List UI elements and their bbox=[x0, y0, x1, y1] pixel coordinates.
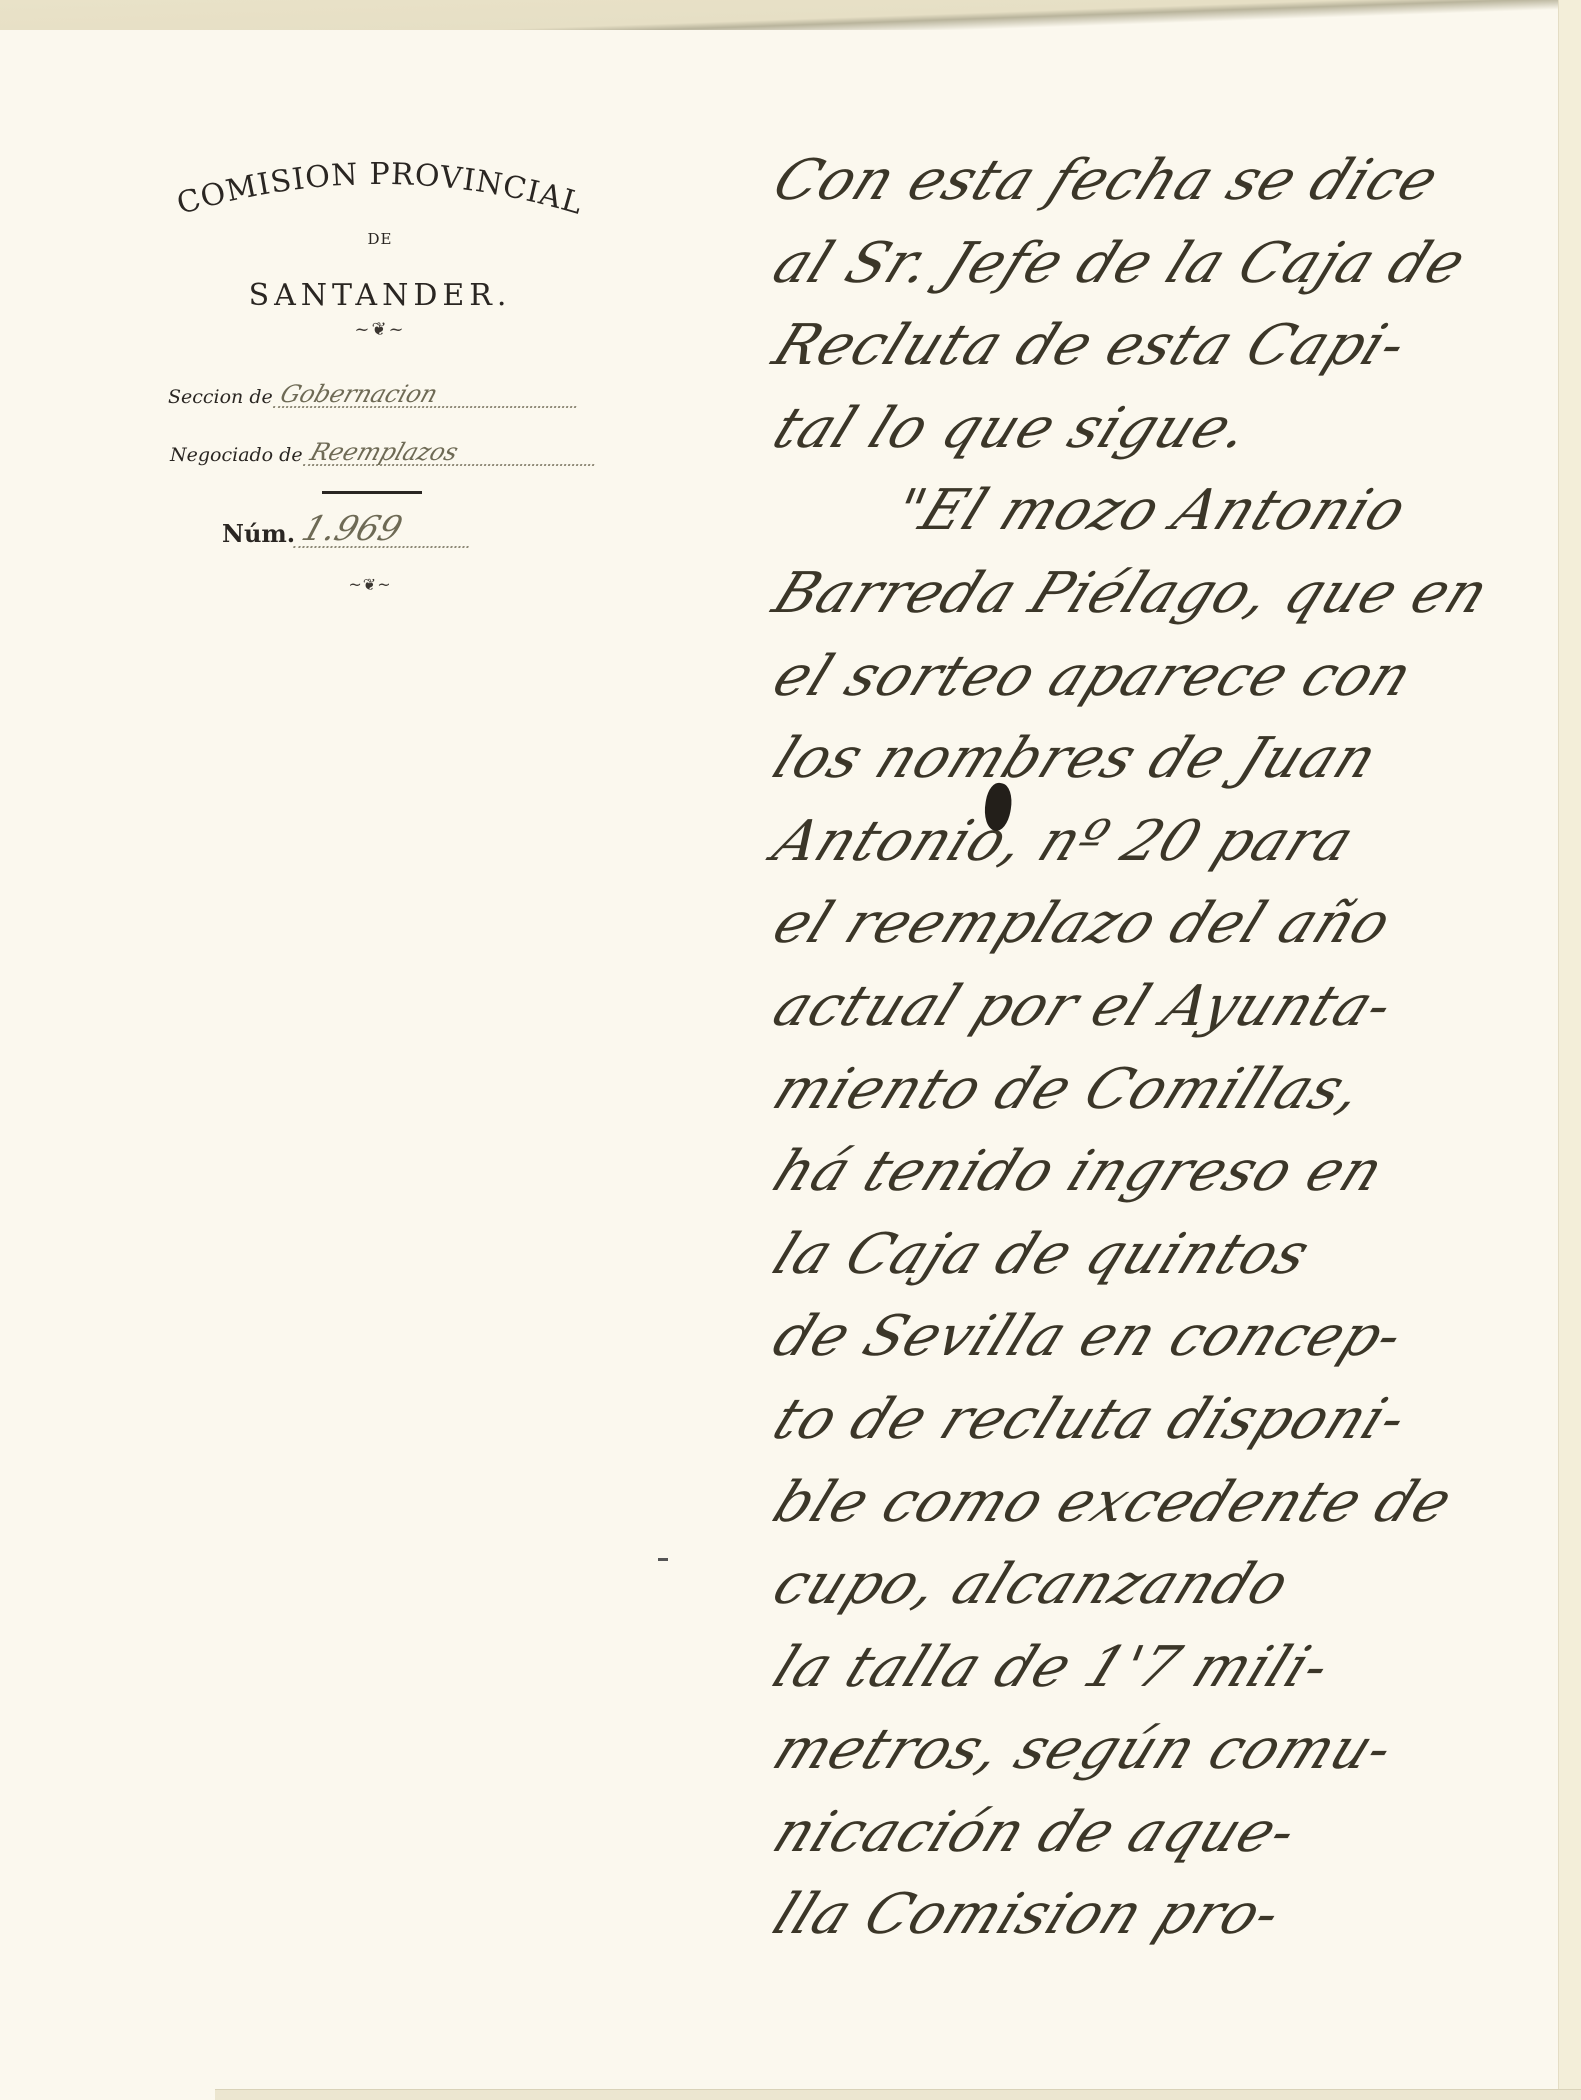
body-line: to de recluta disponi- bbox=[760, 1379, 1581, 1462]
negociado-field: Negociado de Reemplazos bbox=[170, 440, 598, 466]
body-line: el sorteo aparece con bbox=[760, 636, 1581, 719]
body-line: lla Comision pro- bbox=[760, 1874, 1581, 1957]
numero-field: Núm. 1.969 bbox=[222, 512, 474, 548]
paper-top-edge bbox=[0, 0, 1581, 30]
body-line: cupo, alcanzando bbox=[760, 1544, 1581, 1627]
negociado-label: Negociado de bbox=[170, 444, 303, 466]
numero-label: Núm. bbox=[222, 519, 295, 548]
body-line: actual por el Ayunta- bbox=[760, 966, 1581, 1049]
body-line: Antonio, nº 20 para bbox=[760, 801, 1581, 884]
ornament-icon: ~❦~ bbox=[300, 575, 440, 594]
body-line: metros, según comu- bbox=[760, 1709, 1581, 1792]
seccion-field: Seccion de Gobernacion bbox=[168, 382, 580, 408]
negociado-value: Reemplazos bbox=[302, 440, 602, 466]
letterhead-title-arc: COMISION PROVINCIAL bbox=[130, 150, 630, 232]
numero-value: 1.969 bbox=[293, 512, 480, 548]
body-line: Recluta de esta Capi- bbox=[760, 305, 1581, 388]
body-line: miento de Comillas, bbox=[760, 1049, 1581, 1132]
body-line: la talla de 1'7 mili- bbox=[760, 1627, 1581, 1710]
body-line: de Sevilla en concep- bbox=[760, 1296, 1581, 1379]
body-line: la Caja de quintos bbox=[760, 1214, 1581, 1297]
body-line: nicación de aque- bbox=[760, 1792, 1581, 1875]
ornament-icon: ~❦~ bbox=[130, 319, 630, 340]
body-line: Barreda Piélago, que en bbox=[760, 553, 1581, 636]
handwritten-letter-body: Con esta fecha se dice al Sr. Jefe de la… bbox=[760, 140, 1560, 1957]
paper-bottom-edge bbox=[215, 2089, 1581, 2100]
body-line: ble como excedente de bbox=[760, 1462, 1581, 1545]
stray-ink-mark bbox=[658, 1558, 668, 1561]
letterhead-line3: SANTANDER. bbox=[130, 278, 630, 313]
seccion-label: Seccion de bbox=[168, 386, 273, 408]
divider-rule bbox=[322, 491, 422, 494]
letterhead-line1: COMISION PROVINCIAL bbox=[173, 157, 587, 222]
body-line: há tenido ingreso en bbox=[760, 1131, 1581, 1214]
body-line: Con esta fecha se dice bbox=[760, 140, 1581, 223]
body-line: "El mozo Antonio bbox=[760, 470, 1581, 553]
body-line: los nombres de Juan bbox=[760, 718, 1581, 801]
body-line: el reemplazo del año bbox=[760, 883, 1581, 966]
svg-text:COMISION PROVINCIAL: COMISION PROVINCIAL bbox=[173, 157, 587, 222]
letterhead-line2: DE bbox=[130, 230, 630, 248]
seccion-value: Gobernacion bbox=[273, 382, 585, 408]
letterhead: COMISION PROVINCIAL DE SANTANDER. ~❦~ bbox=[130, 150, 630, 340]
body-line: al Sr. Jefe de la Caja de bbox=[760, 223, 1581, 306]
body-line: tal lo que sigue. bbox=[760, 388, 1581, 471]
